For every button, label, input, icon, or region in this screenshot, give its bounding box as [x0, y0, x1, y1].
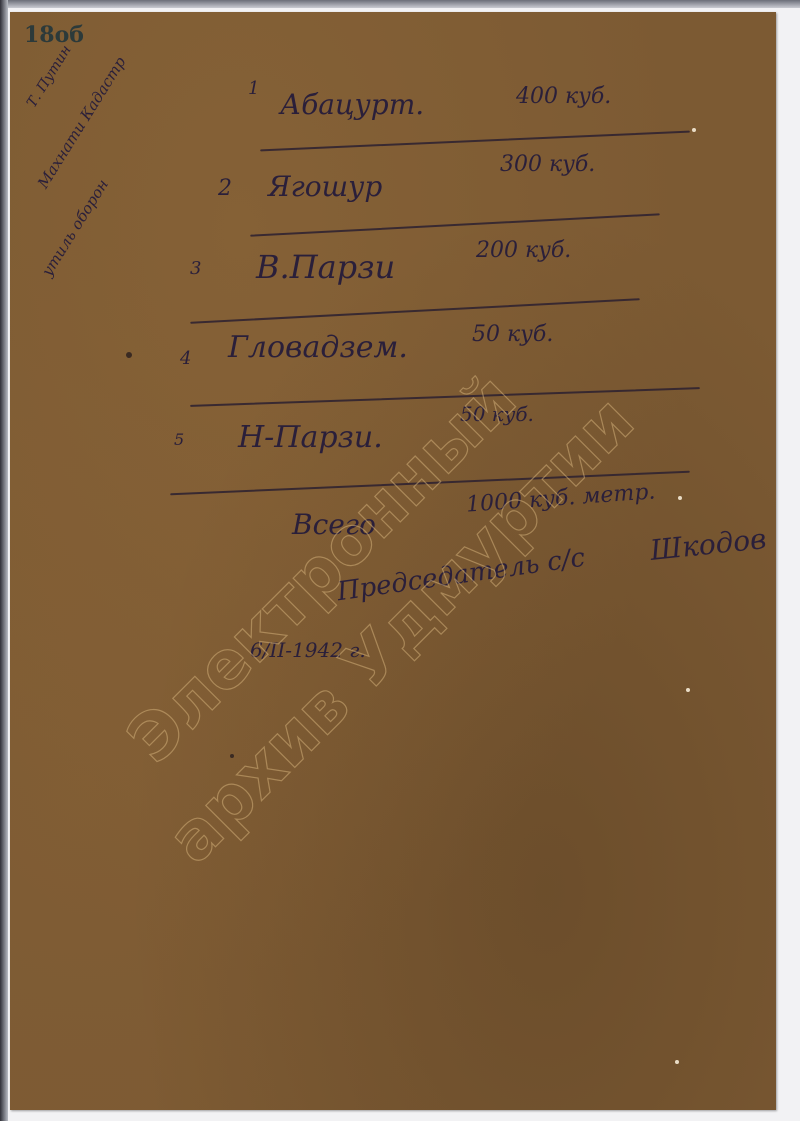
- item-number: 5: [174, 430, 184, 449]
- item-place: В.Парзи: [256, 248, 395, 286]
- paper-speck: [678, 496, 682, 500]
- margin-note-line: Т. Путин: [24, 43, 75, 111]
- item-place: Н-Парзи.: [238, 420, 383, 455]
- ink-spot: [230, 754, 234, 758]
- item-amount: 400 куб.: [516, 84, 611, 109]
- signature-name: Шкодов: [649, 522, 768, 567]
- paper-speck: [692, 128, 696, 132]
- item-number: 2: [218, 176, 232, 201]
- item-number: 3: [190, 258, 201, 279]
- item-amount: 50 куб.: [472, 322, 553, 347]
- item-place: Гловадзем.: [228, 330, 408, 365]
- paper-speck: [675, 1060, 679, 1064]
- scanner-top-edge: [0, 0, 800, 8]
- ink-spot: [126, 352, 132, 358]
- paper-speck: [686, 688, 690, 692]
- item-number: 1: [248, 78, 259, 99]
- sheet-mark: 18об: [24, 22, 84, 48]
- scanner-left-edge: [0, 0, 8, 1121]
- item-amount: 300 куб.: [500, 152, 595, 177]
- item-number: 4: [180, 348, 191, 369]
- underline: [190, 298, 639, 324]
- underline: [250, 213, 660, 236]
- underline: [260, 131, 690, 152]
- document-page: 18об Т. Путин Махнати Кадастр утиль обор…: [10, 12, 776, 1110]
- item-amount: 200 куб.: [476, 238, 571, 263]
- item-place: Ягошур: [268, 170, 382, 203]
- item-place: Абацурт.: [280, 88, 424, 121]
